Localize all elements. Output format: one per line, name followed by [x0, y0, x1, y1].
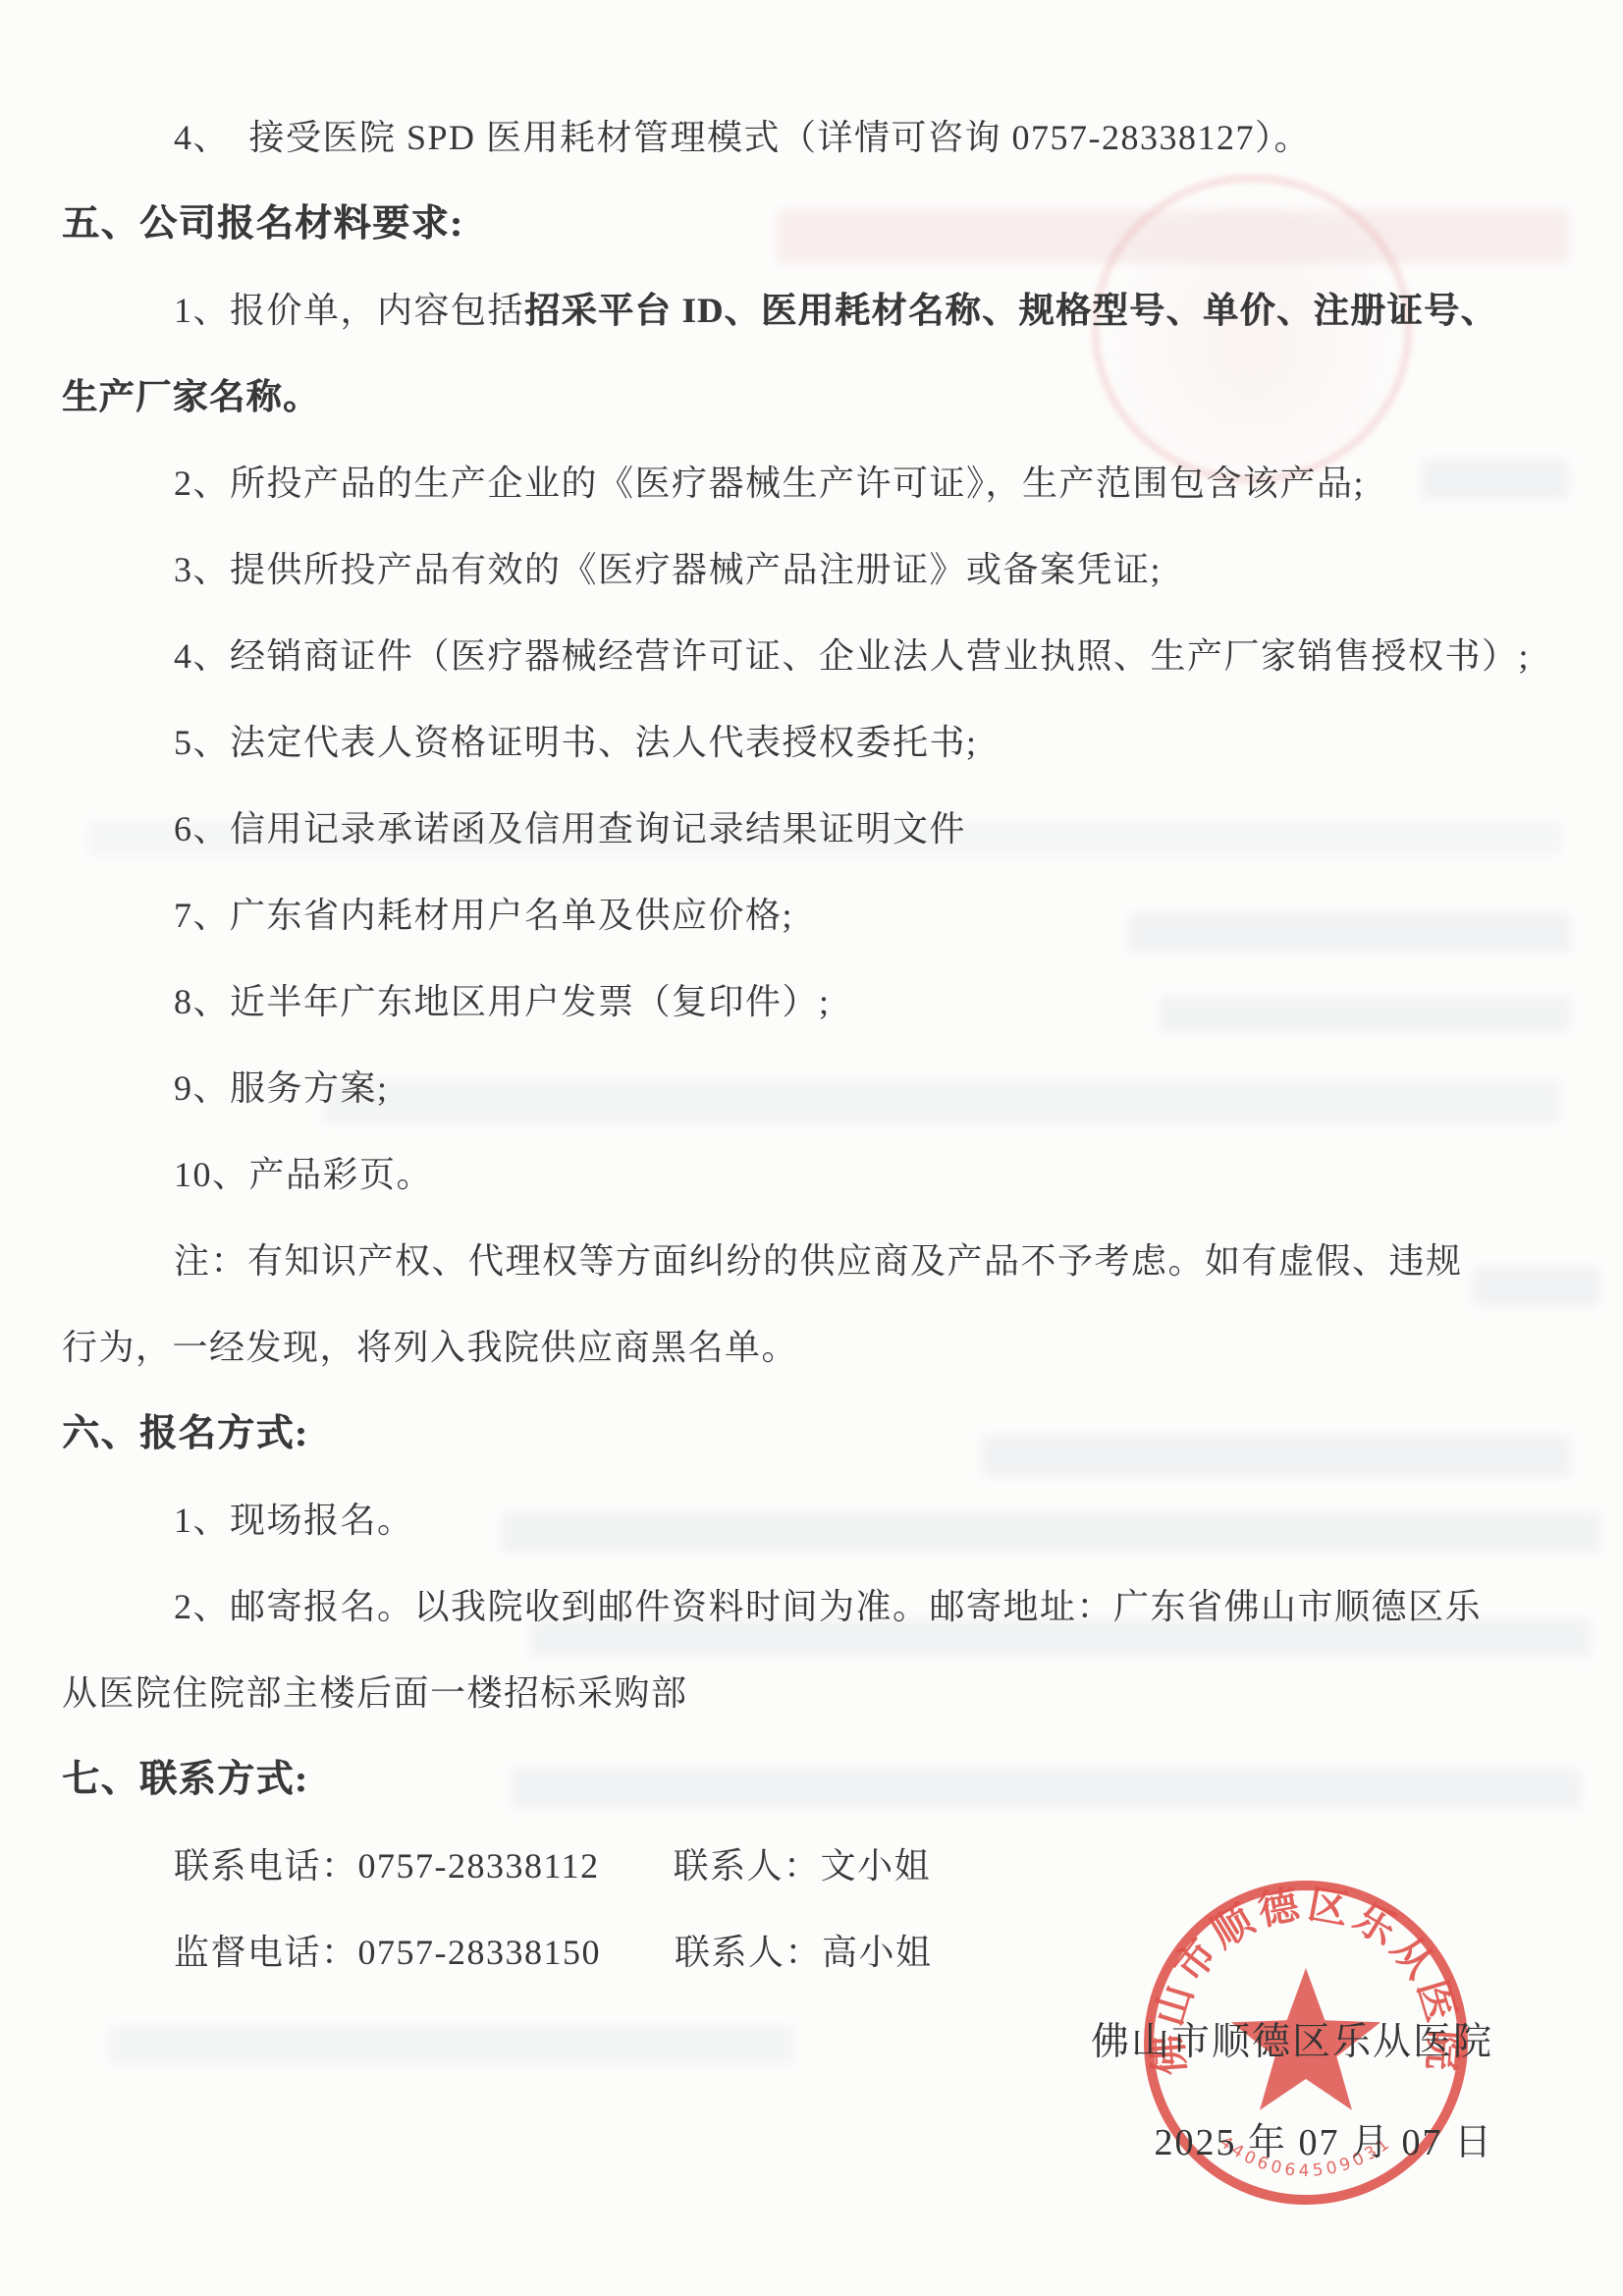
text-segment: 联系电话：0757-28338112 联系人：文小姐	[174, 1846, 931, 1886]
item-dealer-certs: 4、经销商证件（医疗器械经营许可证、企业法人营业执照、生产厂家销售授权书）;	[62, 634, 1574, 678]
text-segment: 8、近半年广东地区用户发票（复印件）;	[174, 982, 831, 1021]
section-6-heading: 六、报名方式:	[62, 1412, 1574, 1455]
item-mail-line-2: 从医院住院部主楼后面一楼招标采购部	[62, 1671, 1574, 1715]
text-segment: 7、广东省内耗材用户名单及供应价格;	[174, 896, 793, 935]
text-segment: 监督电话：0757-28338150 联系人：高小姐	[174, 1933, 933, 1972]
item-service-plan: 9、服务方案;	[62, 1066, 1574, 1110]
section-7-heading: 七、联系方式:	[62, 1758, 1574, 1801]
text-segment: 2、所投产品的生产企业的《医疗器械生产许可证》，生产范围包含该产品;	[174, 464, 1365, 503]
section-5-heading: 五、公司报名材料要求:	[62, 202, 1574, 246]
text-segment: 5、法定代表人资格证明书、法人代表授权委托书;	[174, 723, 978, 762]
signature-date: 2025 年 07 月 07 日	[1091, 2111, 1493, 2165]
item-onsite: 1、现场报名。	[62, 1499, 1574, 1542]
item-user-list: 7、广东省内耗材用户名单及供应价格;	[62, 894, 1574, 937]
text-segment: 六、报名方式:	[62, 1413, 308, 1454]
text-segment: 1、报价单，内容包括	[174, 291, 524, 330]
text-segment: 五、公司报名材料要求:	[62, 203, 463, 245]
text-segment: 6、信用记录承诺函及信用查询记录结果证明文件	[174, 809, 966, 848]
signature-org: 佛山市顺德区乐从医院	[1091, 2011, 1493, 2066]
item-mail-line-1: 2、邮寄报名。以我院收到邮件资料时间为准。邮寄地址：广东省佛山市顺德区乐	[62, 1585, 1574, 1628]
document-body: 4、 接受医院 SPD 医用耗材管理模式（详情可咨询 0757-28338127…	[62, 116, 1574, 2017]
text-segment: 2、邮寄报名。以我院收到邮件资料时间为准。邮寄地址：广东省佛山市顺德区乐	[174, 1587, 1482, 1626]
text-segment: 注：有知识产权、代理权等方面纠纷的供应商及产品不予考虑。如有虚假、违规	[174, 1241, 1463, 1281]
item-quote-sheet-wrap: 生产厂家名称。	[62, 375, 1574, 418]
bleed-through-smudge	[108, 2025, 795, 2064]
text-segment: 招采平台 ID、医用耗材名称、规格型号、单价、注册证号、	[524, 291, 1497, 330]
text-segment: 4、经销商证件（医疗器械经营许可证、企业法人营业执照、生产厂家销售授权书）;	[174, 636, 1530, 676]
item-invoices: 8、近半年广东地区用户发票（复印件）;	[62, 980, 1574, 1023]
signature-block: 佛山市顺德区乐从医院 2025 年 07 月 07 日	[1091, 2011, 1493, 2165]
text-segment: 1、现场报名。	[174, 1501, 414, 1540]
item-accept-spd: 4、 接受医院 SPD 医用耗材管理模式（详情可咨询 0757-28338127…	[62, 116, 1574, 159]
note-line-1: 注：有知识产权、代理权等方面纠纷的供应商及产品不予考虑。如有虚假、违规	[62, 1239, 1574, 1283]
text-segment: 10、产品彩页。	[174, 1155, 433, 1194]
scanned-page: 4、 接受医院 SPD 医用耗材管理模式（详情可咨询 0757-28338127…	[0, 0, 1623, 2296]
text-segment: 9、服务方案;	[174, 1068, 389, 1108]
text-segment: 行为，一经发现，将列入我院供应商黑名单。	[62, 1328, 798, 1367]
item-production-license: 2、所投产品的生产企业的《医疗器械生产许可证》，生产范围包含该产品;	[62, 462, 1574, 505]
text-segment: 七、联系方式:	[62, 1759, 308, 1800]
text-segment: 3、提供所投产品有效的《医疗器械产品注册证》或备案凭证;	[174, 550, 1162, 589]
text-segment: 生产厂家名称。	[62, 377, 320, 416]
item-legal-rep: 5、法定代表人资格证明书、法人代表授权委托书;	[62, 721, 1574, 764]
item-quote-sheet: 1、报价单，内容包括招采平台 ID、医用耗材名称、规格型号、单价、注册证号、	[62, 289, 1574, 332]
text-segment: 从医院住院部主楼后面一楼招标采购部	[62, 1673, 688, 1713]
item-brochure: 10、产品彩页。	[62, 1153, 1574, 1196]
item-credit-record: 6、信用记录承诺函及信用查询记录结果证明文件	[62, 807, 1574, 850]
text-segment: 4、 接受医院 SPD 医用耗材管理模式（详情可咨询 0757-28338127…	[174, 118, 1311, 157]
note-line-2: 行为，一经发现，将列入我院供应商黑名单。	[62, 1326, 1574, 1369]
item-registration-cert: 3、提供所投产品有效的《医疗器械产品注册证》或备案凭证;	[62, 548, 1574, 591]
